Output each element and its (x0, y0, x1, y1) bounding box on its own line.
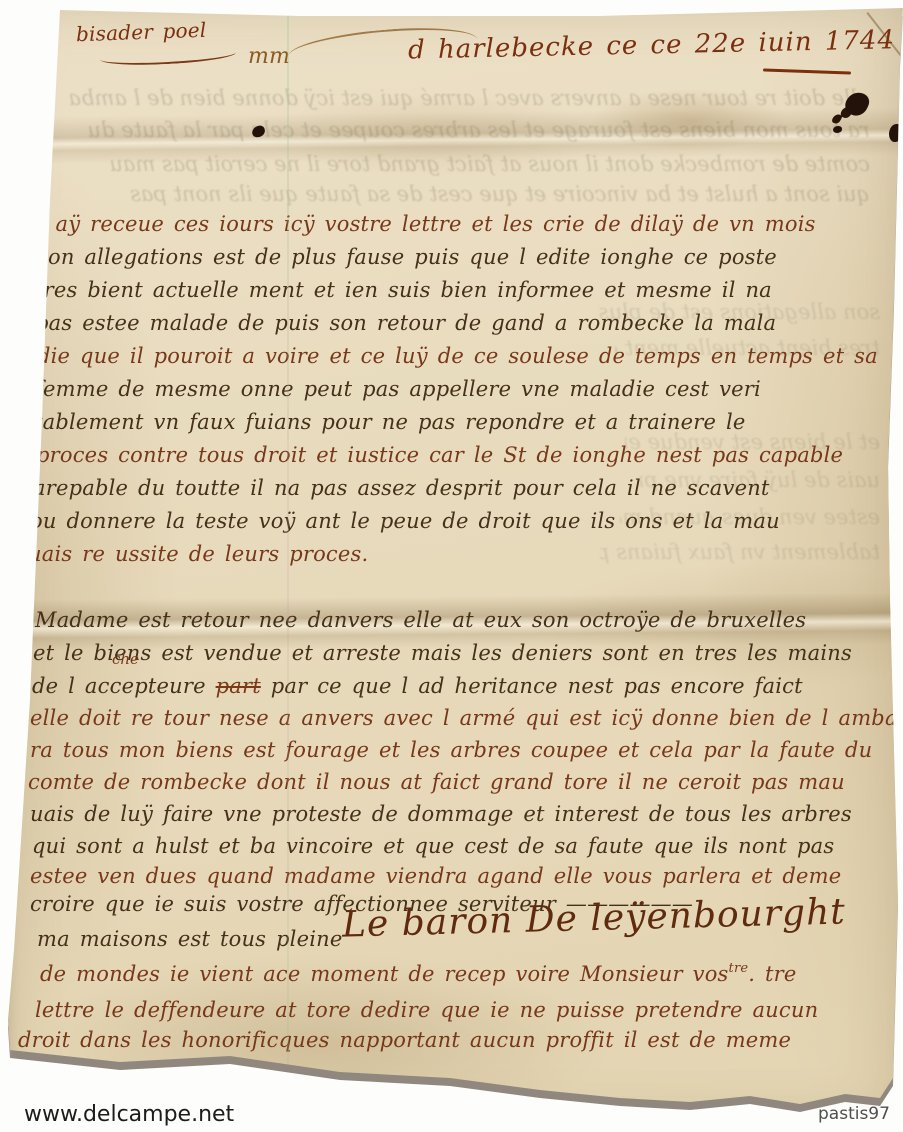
line-text: par ce que l ad heritance nest pas encor… (261, 674, 803, 698)
letter-line: qui sont a hulst et ba vincoire et que c… (32, 834, 834, 858)
postal-annotation: bisader poel (76, 18, 207, 47)
line-text: . tre (748, 962, 796, 986)
interlinear-insert: che (112, 650, 139, 668)
letter-line: de mondes ie vient ace moment de recep v… (40, 962, 797, 986)
struck-word: part (216, 674, 261, 698)
line-text: de mondes ie vient ace moment de recep v… (40, 962, 729, 986)
letter-paper: elle doit re tour nese a anvers avec l a… (0, 0, 903, 1132)
letter-line: elle doit re tour nese a anvers avec l a… (30, 706, 898, 730)
bleed-through-line: qui sont a hulst et ba vincoire et que c… (65, 182, 870, 206)
watermark-delcampe: www.delcampe.net (24, 1102, 234, 1127)
dateline: d harlebecke ce ce 22e iuin 1744 — (408, 24, 903, 65)
letter-line: J aÿ receue ces iours icÿ vostre lettre … (37, 212, 816, 236)
letter-line: uais de luÿ faire vne proteste de dommag… (30, 802, 852, 826)
line-text: de l accepteure (32, 674, 216, 698)
letter-line: comte de rombecke dont il nous at faict … (28, 770, 845, 794)
letter-line: tres bient actuelle ment et ien suis bie… (35, 278, 772, 302)
letter-line: die que il pouroit a voire et ce luÿ de … (37, 344, 878, 368)
letter-line: lettre le deffendeure at tore dedire que… (35, 998, 818, 1022)
letter-line: arepable du toutte il na pas assez despr… (33, 476, 770, 500)
bleed-through-line: ra tous mon biens est fourage et les arb… (70, 118, 870, 142)
letter-line: tablement vn faux fuians pour ne pas rep… (34, 410, 746, 434)
letter-photo: elle doit re tour nese a anvers avec l a… (0, 0, 903, 1132)
letter-line: de l accepteure part par ce que l ad her… (32, 674, 803, 698)
bleed-through-line: elle doit re tour nese a anvers avec l a… (60, 86, 870, 110)
letter-line: estee ven dues quand madame viendra agan… (30, 864, 841, 888)
watermark-seller: pastis97 (818, 1104, 890, 1124)
letter-line: ma maisons est tous pleine (37, 927, 343, 951)
letter-line: Madame est retour nee danvers elle at eu… (35, 608, 806, 632)
letter-line: femme de mesme onne peut pas appellere v… (35, 377, 761, 401)
annotation-underline-swash (100, 44, 237, 67)
letter-line: et le biens est vendue et arreste mais l… (33, 641, 852, 665)
letter-line: son allegations est de plus fause puis q… (37, 245, 777, 269)
letter-line: uais re ussite de leurs proces. (28, 542, 368, 566)
letter-line: proces contre tous droit et iustice car … (36, 443, 843, 467)
letter-line: ra tous mon biens est fourage et les arb… (30, 738, 872, 762)
bleed-through-line: comte de rombecke dont il nous at faict … (55, 152, 870, 176)
date-underline (763, 68, 851, 74)
bleed-through-fragment: tablement vn faux fuians pour ne pas rep… (600, 540, 880, 564)
letter-line: droit dans les honorificques napportant … (18, 1028, 791, 1052)
scanner-artifact-line (287, 0, 289, 1132)
annotation-mark: mm (248, 44, 290, 69)
ink-blot (889, 124, 902, 142)
letter-line: pas estee malade de puis son retour de g… (35, 311, 776, 335)
superscript-insert: tre (729, 961, 749, 976)
letter-line: ou donnere la teste voÿ ant le peue de d… (30, 509, 780, 533)
